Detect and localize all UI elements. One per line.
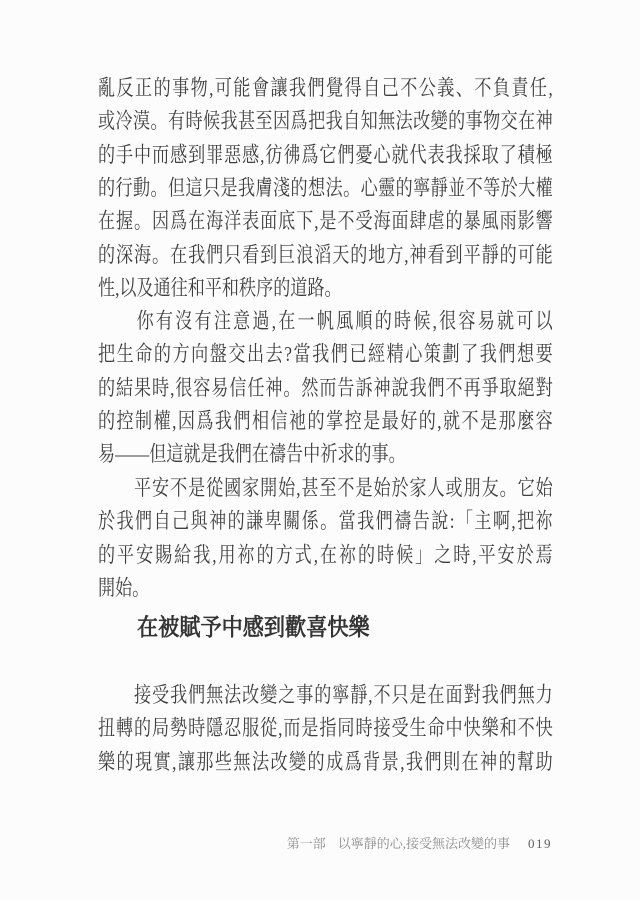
text-line: 於我們自己與神的謙卑關係。當我們禱告說:「主啊,把祢: [98, 505, 553, 538]
book-page: 亂反正的事物,可能會讓我們覺得自己不公義、不負責任,或冷漠。有時候我甚至因爲把我…: [0, 0, 640, 900]
body-paragraph: 接受我們無法改變之事的寧靜,不只是在面對我們無力扭轉的局勢時隱忍服從,而是指同時…: [98, 679, 553, 779]
body-paragraph: 亂反正的事物,可能會讓我們覺得自己不公義、不負責任,或冷漠。有時候我甚至因爲把我…: [98, 72, 553, 305]
text-line: 的控制權,因爲我們相信祂的掌控是最好的,就不是那麼容: [98, 405, 553, 438]
text-line: 易——但這就是我們在禱告中祈求的事。: [98, 438, 553, 471]
footer-page-number: 019: [528, 835, 552, 853]
section-heading: 在被賦予中感到歡喜快樂: [137, 615, 370, 642]
body-paragraph: 平安不是從國家開始,甚至不是始於家人或朋友。它始於我們自己與神的謙卑關係。當我們…: [98, 472, 553, 605]
text-line: 扭轉的局勢時隱忍服從,而是指同時接受生命中快樂和不快: [98, 712, 553, 745]
text-line: 性,以及通往和平和秩序的道路。: [98, 272, 553, 305]
text-line: 你有沒有注意過,在一帆風順的時候,很容易就可以: [98, 305, 553, 338]
text-line: 的平安賜給我,用祢的方式,在祢的時候」之時,平安於焉: [98, 539, 553, 572]
footer-chapter-title: 以寧靜的心,接受無法改變的事: [338, 835, 510, 853]
text-line: 樂的現實,讓那些無法改變的成爲背景,我們則在神的幫助: [98, 746, 553, 779]
text-line: 把生命的方向盤交出去?當我們已經精心策劃了我們想要: [98, 338, 553, 371]
text-line: 的結果時,很容易信任神。然而告訴神說我們不再爭取絕對: [98, 372, 553, 405]
body-paragraph: 你有沒有注意過,在一帆風順的時候,很容易就可以把生命的方向盤交出去?當我們已經精…: [98, 305, 553, 472]
text-line: 的手中而感到罪惡感,彷彿爲它們憂心就代表我採取了積極: [98, 139, 553, 172]
text-line: 的行動。但這只是我膚淺的想法。心靈的寧靜並不等於大權: [98, 172, 553, 205]
page-footer: 第一部 以寧靜的心,接受無法改變的事 019: [0, 835, 552, 853]
text-line: 平安不是從國家開始,甚至不是始於家人或朋友。它始: [98, 472, 553, 505]
text-line: 接受我們無法改變之事的寧靜,不只是在面對我們無力: [98, 679, 553, 712]
text-line: 亂反正的事物,可能會讓我們覺得自己不公義、不負責任,: [98, 72, 553, 105]
footer-part-label: 第一部: [287, 835, 326, 853]
text-line: 在握。因爲在海洋表面底下,是不受海面肆虐的暴風雨影響: [98, 205, 553, 238]
text-line: 或冷漠。有時候我甚至因爲把我自知無法改變的事物交在神: [98, 105, 553, 138]
text-line: 的深海。在我們只看到巨浪滔天的地方,神看到平靜的可能: [98, 239, 553, 272]
text-line: 開始。: [98, 572, 553, 605]
